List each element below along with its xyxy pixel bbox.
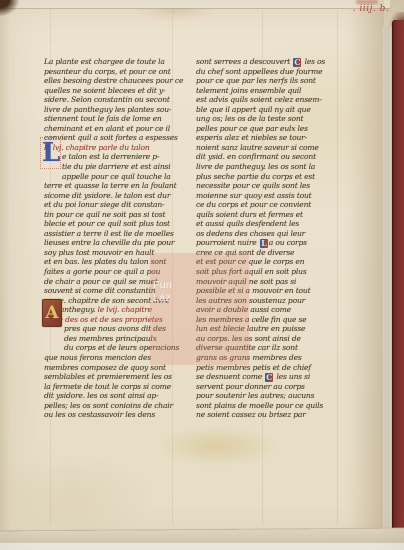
text-line: terre et quasse la terre en la foulant [44,181,192,191]
text-line: dit ysidore. les os sont ainsi ap- [44,391,192,401]
text-line: sont plains de moelle pour ce quils [196,401,348,411]
body-text: que nous ferons mencion des [44,353,151,362]
illuminated-initial-L: L [42,139,59,167]
text-line: pesanteur du corps, et pour ce ont [44,67,192,77]
text-line: quelles ne soient blecees et dit y- [44,86,192,96]
body-text: pour soutenir les autres; aucuns [196,391,314,400]
body-text: e talon est la derreniere p- [62,152,159,161]
body-text: membres composez de quoy sont [44,363,166,372]
body-text: a ou corps [269,238,307,247]
text-line: du chef sont appellees due fourme [196,67,348,77]
collection-watermark-band [150,253,249,365]
body-text: pelles pour ce que par eulx les [196,124,308,133]
folio-number: . iiij. b. [348,4,394,14]
text-line: ble que il appert quil ny ait que [196,105,348,115]
body-text: quils soient durs et fermes et [196,210,303,219]
collection-watermark-text: Fun Láz [153,279,213,305]
body-text: livre de pantheguy les plantes sou- [44,105,171,114]
body-text: de chair a pour ce quil se muet [44,277,158,286]
text-line: necessite pour ce quils sont les [196,181,348,191]
text-line: appelle pour ce quil touche la [44,172,192,182]
body-text: et en bas. les plates du talon sont [44,257,166,266]
body-text: servent pour donner au corps [196,382,305,391]
body-text: elles besoing destre chaucees pour ce [44,76,183,85]
text-line: dit ysid. en confirmant ou secont [196,152,348,162]
text-line: convient quil a soit fortes a espesses [44,133,192,143]
body-text: lieuses entre la cheville du pie pour [44,238,174,247]
body-text: ou les os cestassavoir les dens [44,410,155,419]
gutter-shadow [350,0,384,550]
watermark-line-2: Láz [153,292,213,305]
text-line: pour ce que par les nerfs ils sont [196,76,348,86]
body-text: os dedens des choses qui leur [196,229,305,238]
text-line: assistier a terre il est lie de moelles [44,229,192,239]
page-top-edge-line [0,8,390,9]
body-text: ne soient cassez ou brisez par [196,410,306,419]
text-line: plus seche partie du corps et est [196,172,348,182]
body-text: esperis alez et niebles se tour- [196,133,307,142]
body-text: se desnuent come [196,372,264,381]
body-text: tie du pie darriere et est ainsi [62,162,170,171]
text-line: pelles; les os sont conioins de chair [44,401,192,411]
body-text: livre de pantheguy. les os sont la [196,162,315,171]
body-text: pelles; les os sont conioins de chair [44,401,173,410]
text-line: tin pour ce quil ne soit pas si tost [44,210,192,220]
text-line: servent pour donner au corps [196,382,348,392]
text-line: et aussi quils desfendent les [196,219,348,229]
body-text: convient quil a soit fortes a espesses [44,133,178,142]
text-line: os dedens des choses qui leur [196,229,348,239]
body-text: blecie et pour ce quil soit plus tost [44,219,170,228]
body-text: soy plus tost mouvoir en hault [44,248,154,257]
body-text: la fermete de tout le corps si come [44,382,171,391]
body-text: tin pour ce quil ne soit pas si tost [44,210,165,219]
body-text: quelles ne soient blecees et dit y- [44,86,165,95]
body-text: La plante est chargee de toute la [44,57,165,66]
body-text: cheminant et en alant et pour ce il [44,124,170,133]
table-surface [0,543,404,550]
body-text: pesanteur du corps, et pour ce ont [44,67,171,76]
illuminated-initial-A: A [42,299,62,327]
binding-corner-top-left [0,0,26,24]
text-line: sidere. Selon constantin ou secont [44,95,192,105]
body-text: noient sanz lautre saveur si come [196,143,319,152]
text-line: pour soutenir les autres; aucuns [196,391,348,401]
text-line: telement joins ensemble quil [196,86,348,96]
body-text: assistier a terre il est lie de moelles [44,229,174,238]
body-text: dit ysid. en confirmant ou secont [196,152,316,161]
text-line: lieuses entre la cheville du pie pour [44,238,192,248]
body-text: ble que il appert quil ny ait que [196,105,311,114]
body-text: est advis quils soient celez ensem- [196,95,322,104]
text-line: livre de pantheguy. les os sont la [196,162,348,172]
text-line: ce du corps et pour ce convient [196,200,348,210]
body-text: les uns si [274,372,310,381]
body-text: sont plains de moelle pour ce quils [196,401,323,410]
body-text: moienne sur quoy est assis tout [196,191,312,200]
text-line: ou les os cestassavoir les dens [44,410,192,420]
text-line: noient sanz lautre saveur si come [196,143,348,153]
body-text: et aussi quils desfendent les [196,219,299,228]
body-text: necessite pour ce quils sont les [196,181,310,190]
text-line: esperis alez et niebles se tour- [196,133,348,143]
text-column-left: La plante est chargee de toute lapesante… [44,57,192,420]
body-text: appelle pour ce quil touche la [62,172,171,181]
watermark-line-1: Fun [153,279,213,292]
text-line: pelles pour ce que par eulx les [196,124,348,134]
body-text: stiennent tout le fais de lome en [44,114,162,123]
text-line: se desnuent come C les uns si [196,372,348,382]
body-text: pourroient nuire [196,238,259,247]
body-text: ung os; les os de la teste sont [196,114,303,123]
text-line: livre de pantheguy les plantes sou- [44,105,192,115]
body-text: sicome dit ysidore. le talon est dur [44,191,170,200]
body-text: souvent si come dit constantin [44,286,155,295]
text-line: ung os; les os de la teste sont [196,114,348,124]
text-column-right: sont serrees a descouvert C les osdu che… [196,57,348,420]
body-text: dit ysidore. les os sont ainsi ap- [44,391,158,400]
text-line: sicome dit ysidore. le talon est dur [44,191,192,201]
text-line: est advis quils soient celez ensem- [196,95,348,105]
text-line: stiennent tout le fais de lome en [44,114,192,124]
body-text: telement joins ensemble quil [196,86,301,95]
manuscript-photo: . iiij. b. La plante est chargee de tout… [0,0,404,550]
text-line: le lvj. chapitre parle du talon [44,143,192,153]
page-top-edge [0,0,390,8]
body-text: faites a gorie pour ce quil a pou [44,267,160,276]
text-line: La plante est chargee de toute la [44,57,192,67]
text-line: tie du pie darriere et est ainsi [44,162,192,172]
body-text: pour ce que par les nerfs ils sont [196,76,316,85]
body-text: du chef sont appellees due fourme [196,67,322,76]
text-line: elles besoing destre chaucees pour ce [44,76,192,86]
text-line: cheminant et en alant et pour ce il [44,124,192,134]
body-text: plus seche partie du corps et est [196,172,315,181]
text-line: semblables et premierement les os [44,372,192,382]
rubric-text: le lvij. chapitre [98,305,152,314]
body-text: sont serrees a descouvert [196,57,292,66]
text-line: la fermete de tout le corps si come [44,382,192,392]
body-text: et du poi lonur siege dit constan- [44,200,164,209]
red-leather-binding [392,20,404,534]
text-line: pourroient nuire La ou corps [196,238,348,248]
body-text: semblables et premierement les os [44,372,172,381]
text-line: blecie et pour ce quil soit plus tost [44,219,192,229]
body-text: ce du corps et pour ce convient [196,200,311,209]
body-text: des membres principaulx [64,334,157,343]
text-line: moienne sur quoy est assis tout [196,191,348,201]
text-line: e talon est la derreniere p- [44,152,192,162]
body-text: les os [302,57,325,66]
text-line: ne soient cassez ou brisez par [196,410,348,420]
body-text: terre et quasse la terre en la foulant [44,181,176,190]
text-line: et du poi lonur siege dit constan- [44,200,192,210]
text-line: quils soient durs et fermes et [196,210,348,220]
body-text: sidere. Selon constantin ou secont [44,95,170,104]
text-line: sont serrees a descouvert C les os [196,57,348,67]
